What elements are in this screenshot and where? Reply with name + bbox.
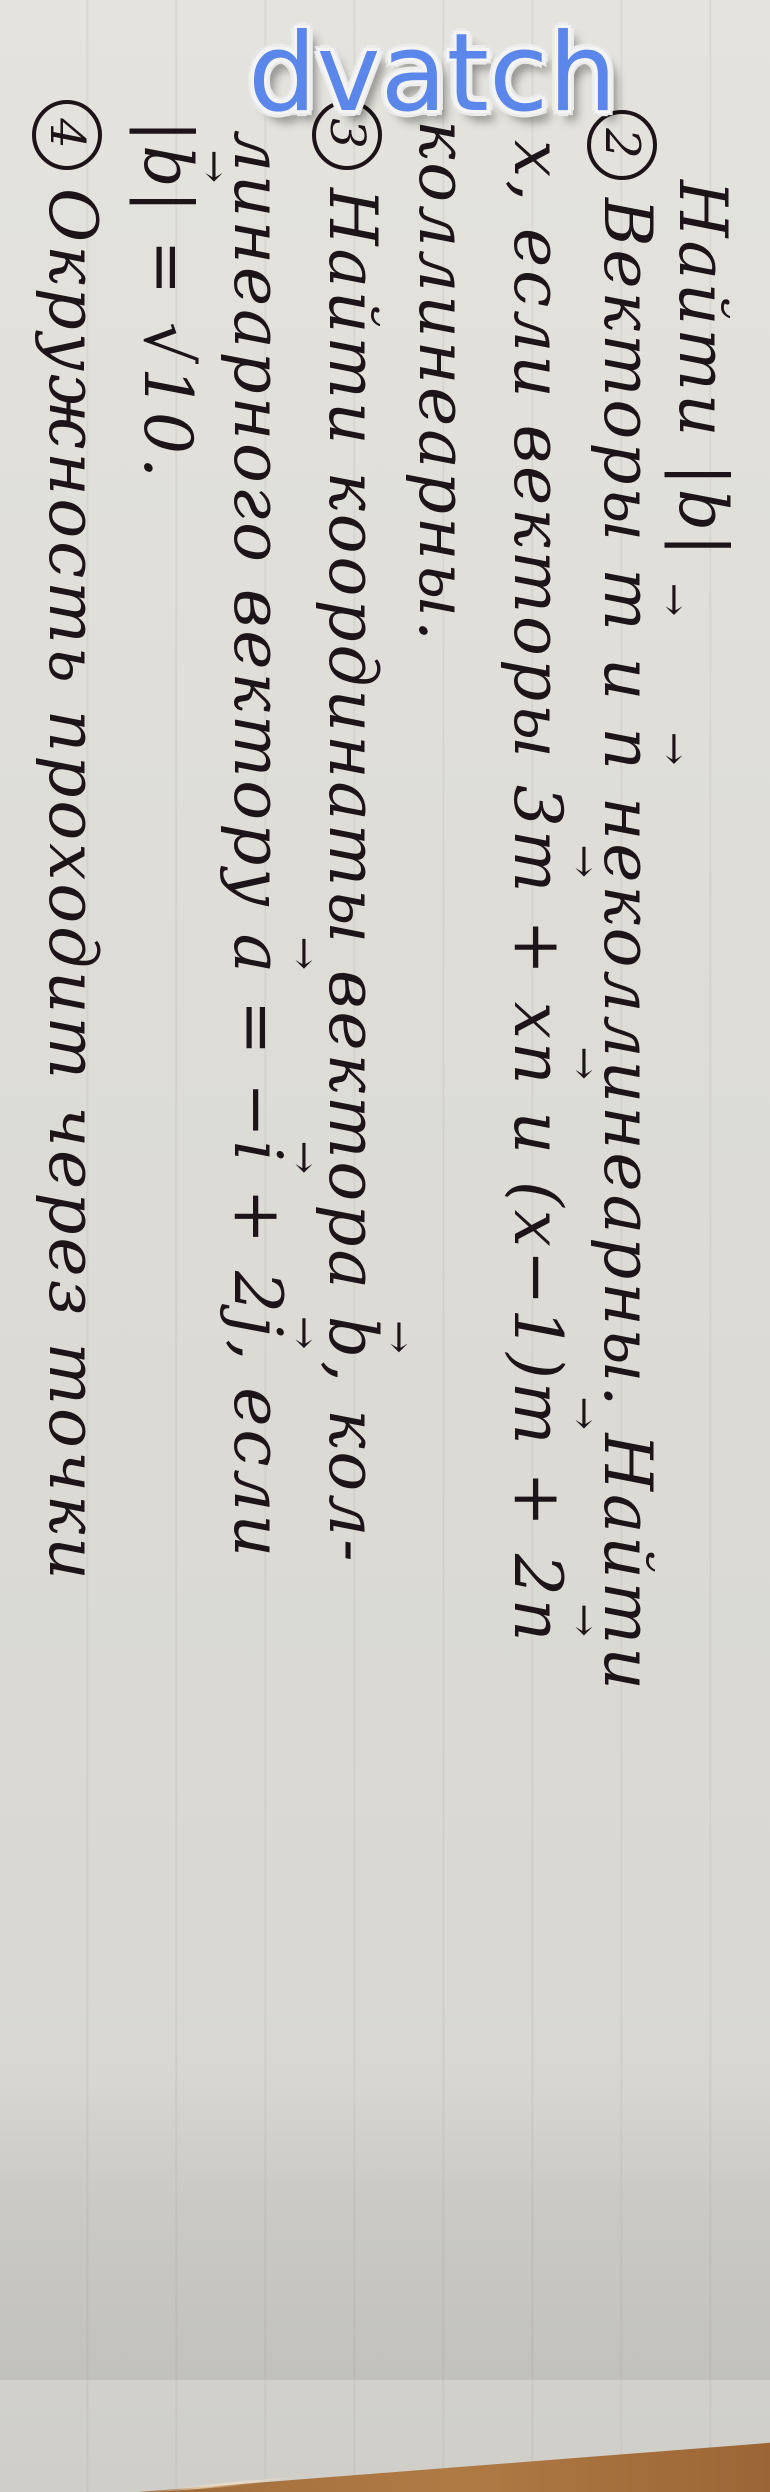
vector-n: n bbox=[504, 1599, 570, 1645]
text: | = √10. bbox=[129, 191, 206, 482]
text: и bbox=[589, 634, 666, 727]
vector-b: b bbox=[134, 145, 200, 190]
dvatch-watermark: dvatch bbox=[248, 20, 617, 128]
vector-n: n bbox=[594, 727, 660, 773]
text: x, если векторы 3 bbox=[499, 140, 576, 830]
task-2-line-3: коллинеарны. bbox=[409, 120, 475, 644]
text: | bbox=[129, 120, 206, 145]
task-2-line-2: x, если векторы 3m + xn и (x−1)m + 2n bbox=[504, 140, 570, 1644]
text: коллинеарны. bbox=[404, 120, 481, 644]
task-number-4: 4 bbox=[32, 100, 102, 170]
task-4-line-1: 4Окружность проходит через точки bbox=[32, 100, 105, 1583]
text: + 2 bbox=[219, 1165, 296, 1316]
text: + x bbox=[499, 896, 576, 1042]
vector-j: j bbox=[224, 1316, 290, 1339]
task-3-line-3: |b| = √10. bbox=[134, 120, 200, 481]
text: + 2 bbox=[499, 1448, 576, 1599]
previous-task-text: Найти |b| bbox=[664, 180, 741, 559]
vector-a: a bbox=[224, 934, 290, 976]
text: Векторы bbox=[589, 198, 666, 568]
previous-task-tail: Найти |b| bbox=[669, 180, 735, 559]
text: неколлинеарны. Найти bbox=[589, 773, 666, 1693]
text: и (x−1) bbox=[499, 1088, 576, 1382]
vector-i: i bbox=[224, 1141, 290, 1165]
text: линеарного вектору bbox=[219, 130, 296, 934]
text: , если bbox=[219, 1339, 296, 1560]
vector-m: m bbox=[504, 1382, 570, 1448]
paper-shadow bbox=[0, 2080, 770, 2380]
vector-n: n bbox=[504, 1042, 570, 1088]
vector-m: m bbox=[594, 568, 660, 634]
task-3-line-2: линеарного вектору a = −i + 2j, если bbox=[224, 130, 290, 1560]
task-2-line-1: 2Векторы m и n неколлинеарны. Найти bbox=[587, 110, 660, 1693]
text: Окружность проходит через точки bbox=[34, 188, 111, 1583]
vector-b: b bbox=[319, 1316, 385, 1361]
text: = − bbox=[219, 976, 296, 1141]
vector-m: m bbox=[504, 830, 570, 896]
text: , кол- bbox=[314, 1361, 391, 1564]
